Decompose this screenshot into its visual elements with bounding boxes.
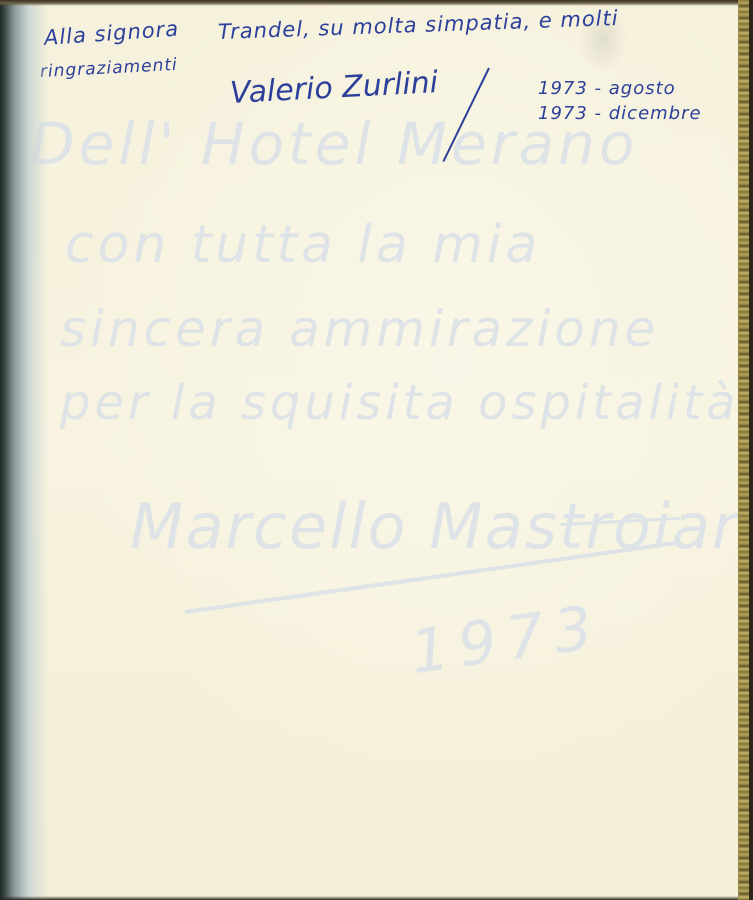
- album-page: Dell' Hotel Merano con tutta la mia sinc…: [0, 0, 753, 900]
- ink-date-2: 1973 - dicembre: [538, 103, 702, 124]
- gilt-deckle-edge: [738, 0, 753, 900]
- top-page-edge: [0, 0, 753, 6]
- bottom-page-edge: [0, 896, 753, 900]
- pencil-line-3: sincera ammirazione: [60, 300, 659, 358]
- binding-shadow: [0, 0, 48, 900]
- ink-date-1: 1973 - agosto: [538, 78, 676, 99]
- pencil-line-2: con tutta la mia: [65, 215, 541, 275]
- pencil-line-4: per la squisita ospitalità: [60, 375, 739, 431]
- pencil-signature: Marcello Mastroianni: [130, 490, 753, 563]
